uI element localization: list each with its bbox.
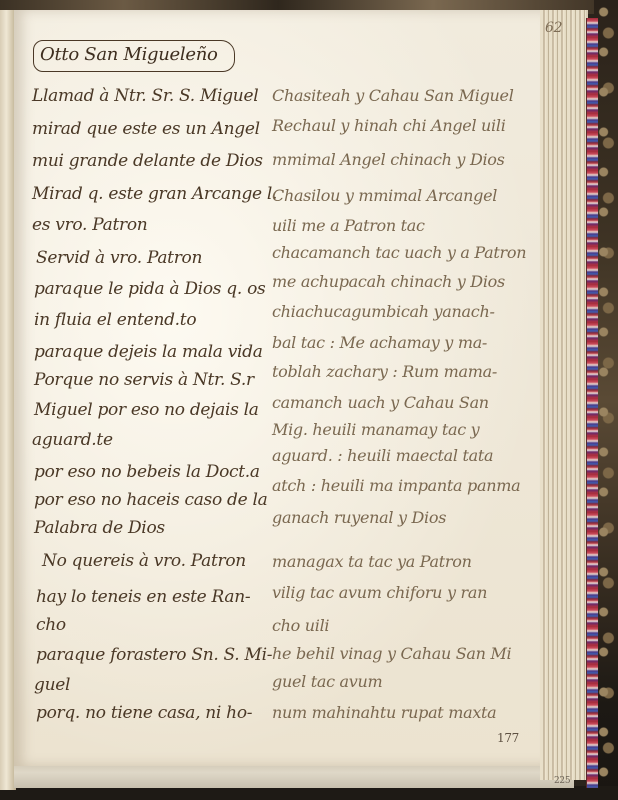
indigenous-line: toblah zachary : Rum mama-	[272, 362, 497, 381]
folio-number: 177	[497, 731, 519, 745]
indigenous-line: bal tac : Me achamay y ma-	[272, 333, 487, 352]
indigenous-line: chiachucagumbicah yanach-	[272, 302, 495, 321]
indigenous-line: cho uili	[272, 616, 329, 635]
indigenous-line: vilig tac avum chiforu y ran	[272, 583, 487, 602]
page-title: Otto San Migueleño	[40, 44, 218, 65]
indigenous-line: Chasilou y mmimal Arcangel	[272, 186, 497, 205]
spanish-line: cho	[36, 615, 66, 635]
spanish-line: No quereis à vro. Patron	[42, 551, 246, 571]
scan-background-bottom	[0, 786, 618, 800]
indigenous-line: num mahinahtu rupat maxta	[272, 703, 496, 722]
indigenous-line: Mig. heuili manamay tac y	[272, 420, 479, 439]
spanish-line: in fluia el entend.to	[34, 310, 196, 330]
indigenous-line: he behil vinag y Cahau San Mi	[272, 644, 511, 663]
spanish-line: guel	[34, 675, 70, 695]
spanish-line: hay lo teneis en este Ran-	[36, 587, 250, 607]
indigenous-line: ganach ruyenal y Dios	[272, 508, 446, 527]
indigenous-line: Rechaul y hinah chi Angel uili	[272, 116, 506, 135]
indigenous-line: guel tac avum	[272, 672, 382, 691]
indigenous-line: aguard. : heuili maectal tata	[272, 446, 493, 465]
indigenous-line: chacamanch tac uach y a Patron	[272, 243, 526, 262]
spanish-line: paraque le pida à Dios q. os	[34, 279, 265, 299]
indigenous-line: camanch uach y Cahau San	[272, 393, 489, 412]
indigenous-line: me achupacah chinach y Dios	[272, 272, 505, 291]
page-fore-edge	[540, 10, 588, 780]
spanish-line: es vro. Patron	[32, 215, 147, 235]
spanish-line: Porque no servis à Ntr. S.r	[34, 370, 254, 390]
spanish-line: paraque forastero Sn. S. Mi-	[36, 645, 272, 665]
indigenous-line: Chasiteah y Cahau San Miguel	[272, 86, 514, 105]
page-number: 62	[545, 20, 562, 36]
spanish-line: porq. no tiene casa, ni ho-	[36, 703, 252, 723]
indigenous-line: atch : heuili ma impanta panma	[272, 476, 520, 495]
spanish-line: Llamad à Ntr. Sr. S. Miguel	[32, 86, 258, 106]
indigenous-line: uili me a Patron tac	[272, 216, 425, 235]
archive-stamp: 225	[554, 776, 570, 786]
spanish-line: mui grande delante de Dios	[32, 151, 263, 171]
spanish-line: por eso no bebeis la Doct.a	[34, 462, 260, 482]
spanish-line: paraque dejeis la mala vida	[34, 342, 263, 362]
spanish-line: Servid à vro. Patron	[36, 248, 202, 268]
spanish-line: mirad que este es un Angel	[32, 119, 260, 139]
indigenous-line: managax ta tac ya Patron	[272, 552, 472, 571]
spanish-line: por eso no haceis caso de la	[34, 490, 267, 510]
spanish-line: Mirad q. este gran Arcange l.	[32, 184, 277, 204]
marbled-edge-decoration	[586, 18, 598, 788]
spanish-line: aguard.te	[32, 430, 113, 450]
spanish-line: Miguel por eso no dejais la	[34, 400, 259, 420]
spanish-line: Palabra de Dios	[34, 518, 165, 538]
indigenous-line: mmimal Angel chinach y Dios	[272, 150, 505, 169]
